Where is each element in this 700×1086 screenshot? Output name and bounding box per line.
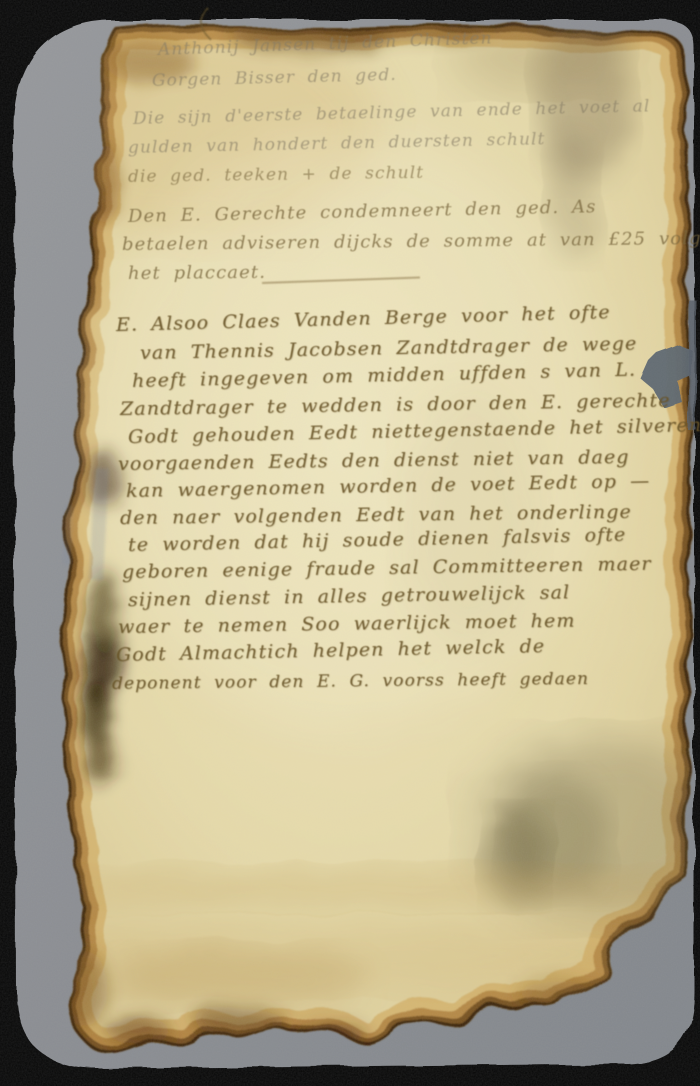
manuscript-scan: Anthonij Jansen tij den Christen Gorgen … bbox=[0, 0, 700, 1086]
handwriting-line: die ged. teeken + de schult bbox=[128, 163, 424, 187]
handwriting-line: het placcaet. bbox=[128, 262, 266, 284]
